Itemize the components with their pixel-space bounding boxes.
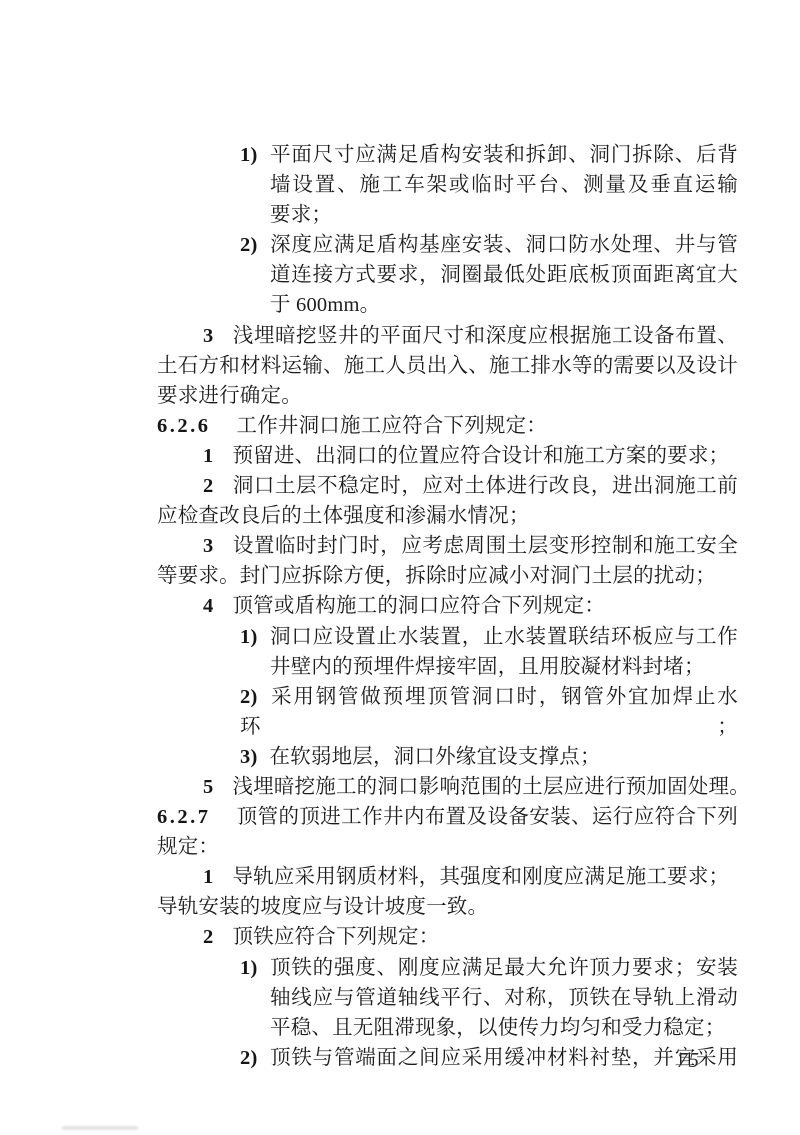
doc-line: 5浅埋暗挖施工的洞口影响范围的土层应进行预加固处理。 xyxy=(157,772,738,802)
doc-line: 1)平面尺寸应满足盾构安装和拆卸、洞门拆除、后背 xyxy=(157,140,738,170)
item-marker: 3 xyxy=(203,535,213,557)
line-text: 预留进、出洞口的位置应符合设计和施工方案的要求； xyxy=(232,445,729,467)
line-text: 工作井洞口施工应符合下列规定： xyxy=(237,415,548,437)
line-text: 道连接方式要求，洞圈最低处距底板顶面距离宜大 xyxy=(270,264,738,286)
doc-line: 于 600mm。 xyxy=(157,290,738,320)
line-text: 顶管的顶进工作井内布置及设备安装、运行应符合下列 xyxy=(237,806,739,828)
line-text: 于 600mm。 xyxy=(270,294,380,316)
line-text: 要求； xyxy=(270,204,332,226)
item-marker: 2) xyxy=(240,686,257,708)
line-text: 平面尺寸应满足盾构安装和拆卸、洞门拆除、后背 xyxy=(269,144,738,166)
doc-line: 1)顶铁的强度、刚度应满足最大允许顶力要求；安装 xyxy=(157,953,738,983)
doc-line: 墙设置、施工车架或临时平台、测量及垂直运输 xyxy=(157,170,738,200)
line-text: 墙设置、施工车架或临时平台、测量及垂直运输 xyxy=(270,174,738,196)
doc-line: 2洞口土层不稳定时，应对土体进行改良，进出洞施工前 xyxy=(157,471,738,501)
doc-line: 3设置临时封门时，应考虑周围土层变形控制和施工安全 xyxy=(157,531,738,561)
item-marker: 1 xyxy=(203,866,213,888)
doc-line: 道连接方式要求，洞圈最低处距底板顶面距离宜大 xyxy=(157,260,738,290)
doc-line: 井壁内的预埋件焊接牢固，且用胶凝材料封堵； xyxy=(157,652,738,682)
doc-line: 要求进行确定。 xyxy=(157,381,738,411)
item-marker: 3) xyxy=(240,746,257,768)
line-text: 顶铁的强度、刚度应满足最大允许顶力要求；安装 xyxy=(269,957,738,979)
item-marker: 1) xyxy=(240,957,257,979)
line-text: 顶管或盾构施工的洞口应符合下列规定： xyxy=(232,595,605,617)
scanned-page: 1)平面尺寸应满足盾构安装和拆卸、洞门拆除、后背墙设置、施工车架或临时平台、测量… xyxy=(0,0,800,1135)
item-marker: 2) xyxy=(240,234,257,256)
doc-line: 要求； xyxy=(157,200,738,230)
doc-line: 规定： xyxy=(157,832,738,862)
doc-line: 轴线应与管道轴线平行、对称，顶铁在导轨上滑动 xyxy=(157,983,738,1013)
line-text: 等要求。封门应拆除方便，拆除时应减小对洞门土层的扰动； xyxy=(157,565,716,587)
line-text: 平稳、且无阻滞现象，以使传力均匀和受力稳定； xyxy=(270,1017,725,1039)
line-text: 洞口土层不稳定时，应对土体进行改良，进出洞施工前 xyxy=(232,475,738,497)
clause-number: 6.2.6 xyxy=(157,415,211,437)
item-marker: 3 xyxy=(203,325,213,347)
item-marker: 2 xyxy=(203,475,213,497)
doc-line: 4顶管或盾构施工的洞口应符合下列规定： xyxy=(157,591,738,621)
doc-line: 6.2.6工作井洞口施工应符合下列规定： xyxy=(157,411,738,441)
doc-line: 6.2.7顶管的顶进工作井内布置及设备安装、运行应符合下列 xyxy=(157,802,738,832)
line-text: 规定： xyxy=(157,836,219,858)
item-marker: 1) xyxy=(240,144,257,166)
line-text: 导轨应采用钢质材料，其强度和刚度应满足施工要求； xyxy=(232,866,729,888)
line-text: 深度应满足盾构基座安装、洞口防水处理、井与管 xyxy=(269,234,738,256)
doc-line: 2顶铁应符合下列规定： xyxy=(157,922,738,952)
doc-line: 1导轨应采用钢质材料，其强度和刚度应满足施工要求； xyxy=(157,862,738,892)
doc-line: 2)采用钢管做预埋顶管洞口时，钢管外宜加焊止水环； xyxy=(157,682,738,742)
clause-number: 6.2.7 xyxy=(157,806,211,828)
item-marker: 1 xyxy=(203,445,213,467)
line-text: 导轨安装的坡度应与设计坡度一致。 xyxy=(157,896,488,918)
line-text: 顶铁与管端面之间应采用缓冲材料衬垫，并宜采用 xyxy=(269,1047,738,1069)
line-text: 要求进行确定。 xyxy=(157,385,302,407)
doc-line: 土石方和材料运输、施工人员出入、施工排水等的需要以及设计 xyxy=(157,351,738,381)
item-marker: 1) xyxy=(240,626,257,648)
scan-smudge-artifact xyxy=(62,1126,138,1130)
item-marker: 5 xyxy=(203,776,213,798)
line-text: 在软弱地层，洞口外缘宜设支撑点； xyxy=(269,746,600,768)
line-text: 浅埋暗挖竖井的平面尺寸和深度应根据施工设备布置、 xyxy=(232,325,738,347)
line-text: 洞口应设置止水装置，止水装置联结环板应与工作 xyxy=(269,626,738,648)
line-text: 顶铁应符合下列规定： xyxy=(232,926,439,948)
doc-line: 1)洞口应设置止水装置，止水装置联结环板应与工作 xyxy=(157,622,738,652)
doc-line: 3浅埋暗挖竖井的平面尺寸和深度应根据施工设备布置、 xyxy=(157,321,738,351)
doc-line: 导轨安装的坡度应与设计坡度一致。 xyxy=(157,892,738,922)
doc-line: 等要求。封门应拆除方便，拆除时应减小对洞门土层的扰动； xyxy=(157,561,738,591)
line-text: 浅埋暗挖施工的洞口影响范围的土层应进行预加固处理。 xyxy=(232,776,750,798)
line-text: 轴线应与管道轴线平行、对称，顶铁在导轨上滑动 xyxy=(270,987,738,1009)
document-text-block: 1)平面尺寸应满足盾构安装和拆卸、洞门拆除、后背墙设置、施工车架或临时平台、测量… xyxy=(157,140,738,1073)
doc-line: 2)深度应满足盾构基座安装、洞口防水处理、井与管 xyxy=(157,230,738,260)
line-text: 井壁内的预埋件焊接牢固，且用胶凝材料封堵； xyxy=(270,656,705,678)
doc-line: 1预留进、出洞口的位置应符合设计和施工方案的要求； xyxy=(157,441,738,471)
doc-line: 应检查改良后的土体强度和渗漏水情况； xyxy=(157,501,738,531)
item-marker: 2) xyxy=(240,1047,257,1069)
item-marker: 4 xyxy=(203,595,213,617)
line-text: 应检查改良后的土体强度和渗漏水情况； xyxy=(157,505,530,527)
page-number: 75 xyxy=(677,1048,700,1073)
line-text: 土石方和材料运输、施工人员出入、施工排水等的需要以及设计 xyxy=(157,355,738,377)
item-marker: 2 xyxy=(203,926,213,948)
doc-line: 2)顶铁与管端面之间应采用缓冲材料衬垫，并宜采用 xyxy=(157,1043,738,1073)
doc-line: 3)在软弱地层，洞口外缘宜设支撑点； xyxy=(157,742,738,772)
doc-line: 平稳、且无阻滞现象，以使传力均匀和受力稳定； xyxy=(157,1013,738,1043)
line-text: 设置临时封门时，应考虑周围土层变形控制和施工安全 xyxy=(232,535,738,557)
line-text: 采用钢管做预埋顶管洞口时，钢管外宜加焊止水环； xyxy=(240,686,738,738)
